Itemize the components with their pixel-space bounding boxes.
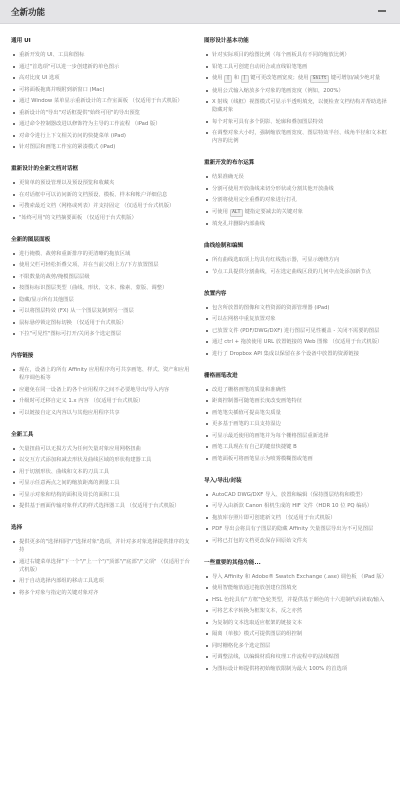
section-title: 全新工具 <box>11 432 192 439</box>
feature-item: 包含所放置的图像和文档资源的资源管理器 (iPad) <box>204 304 392 312</box>
feature-item: 以交互方式添加和减去形状及曲线区域的形状构建器工具 <box>11 456 192 464</box>
feature-item: 将多个对象与指定的关键对象对齐 <box>11 589 192 597</box>
feature-item: 更多基于画笔的工具支持湿边 <box>204 420 392 428</box>
feature-item: 现在，设备上的所有 Affinity 应用程序均可共享画笔、样式、资产和应用程序… <box>11 366 192 382</box>
section-title: 放置内容 <box>204 291 392 298</box>
feature-item: 可显示最近使用的画笔并为每个栅格图层重新选择 <box>204 432 392 440</box>
feature-item: 用于自动选择内部组的移动工具选项 <box>11 577 192 585</box>
feature-item: 画笔笔尖插值可提高笔尖质量 <box>204 409 392 417</box>
feature-section: 栅格画笔改进改进了栅格画笔的质量和准确性距离控制器可随笔画长度改变画笔特征画笔笔… <box>204 373 392 463</box>
text: 可使用 <box>212 209 228 215</box>
feature-list: 更简单的预设管理以及预设预览和收藏夹在对话框中可以访问新的文档预设、模板、样本和… <box>11 179 192 222</box>
feature-item: 针对实际项目的绘图比例（每个画板具有不同的缩放比例） <box>204 51 392 59</box>
feature-item: 使用公式输入缩放多个对象的笔画宽度（例如，200%） <box>204 87 392 95</box>
window-title: 全新功能 <box>11 6 45 18</box>
feature-item: 进行掩模、裁剪和重新排序的更清晰的拖放区域 <box>11 250 192 258</box>
feature-section: 导入/导出/封装AutoCAD DWG/DXF 导入、放置和编辑（保持图层结构和… <box>204 478 392 545</box>
feature-item: 可显示对象和结构的面积及周长的面积工具 <box>11 491 192 499</box>
feature-section: 选择提供更多的"选择相同"/"选择对象"选项，并针对多对象选择提供排序的支持通过… <box>11 525 192 597</box>
feature-section: 全新工具矢量扭曲可以无损方式为任何矢量对象应用网格扭曲以交互方式添加和减去形状及… <box>11 432 192 511</box>
feature-item: 铅笔工具可创建自动闭合或直线铅笔笔画 <box>204 63 392 71</box>
feature-item: 高对比度 UI 选项 <box>11 74 192 82</box>
feature-item: 针对图层和画笔工作室的紧凑模式 (iPad) <box>11 143 192 151</box>
feature-item: 拖放库存照片即可创建新文档 （仅适用于台式机版） <box>204 514 392 522</box>
feature-item: 可使用 ALT 键指定要减去的关键对象 <box>204 208 392 217</box>
section-title: 全新的图层面板 <box>11 237 192 244</box>
feature-item: "始终可用"的文档摘要面板 （仅适用于台式机版） <box>11 214 192 222</box>
feature-item: 可搜索最近文档（网格或列表）并支持固定 （仅适用于台式机版） <box>11 202 192 210</box>
feature-list: 改进了栅格画笔的质量和准确性距离控制器可随笔画长度改变画笔特征画笔笔尖插值可提高… <box>204 386 392 463</box>
feature-item: 节点工具提供分割曲线，可在选定曲线区段的几何中点处添加新节点 <box>204 268 392 276</box>
feature-item: 矢量扭曲可以无损方式为任何矢量对象应用网格扭曲 <box>11 445 192 453</box>
feature-item: 可将艺术字转换为框架文本，反之亦然 <box>204 607 392 615</box>
feature-item: 可以在网格中重复放置对象 <box>204 315 392 323</box>
feature-item: 通过命令控制器改进以修饰符为主导的工作流程 （iPad 版） <box>11 120 192 128</box>
feature-item: 对命令进行上下文相关访问的快捷菜单 (iPad) <box>11 132 192 140</box>
feature-list: 矢量扭曲可以无损方式为任何矢量对象应用网格扭曲以交互方式添加和减去形状及曲线区域… <box>11 445 192 511</box>
minimize-icon[interactable] <box>378 10 386 12</box>
feature-section: 通用 UI重新开发的 UI、工具和图标通过"首选项"可以进一步创建新的单色图示高… <box>11 38 192 151</box>
feature-item: HSL 色轮具有"方框"色轮类型，并提供基于颜色的十六进制代码读取/输入 <box>204 596 392 604</box>
feature-item: 改进了栅格画笔的质量和准确性 <box>204 386 392 394</box>
feature-item: 提供更多的"选择相同"/"选择对象"选项，并针对多对象选择提供排序的支持 <box>11 538 192 554</box>
feature-item: 分割将使用完全重叠的对象进行打孔 <box>204 196 392 204</box>
left-column: 通用 UI重新开发的 UI、工具和图标通过"首选项"可以进一步创建新的单色图示高… <box>0 24 200 676</box>
feature-section: 一些重要的其他功能...导入 Affinity 和 Adobe® Swatch … <box>204 560 392 673</box>
feature-section: 内容链接现在，设备上的所有 Affinity 应用程序均可共享画笔、样式、资产和… <box>11 353 192 417</box>
feature-item: 画笔工具现在有自己的键盘快捷键 B <box>204 443 392 451</box>
feature-item: 导入 Affinity 和 Adobe® Swatch Exchange (.a… <box>204 573 392 581</box>
text: 和 <box>234 75 239 81</box>
feature-item: 为复制的文本选取适应框架的链接文本 <box>204 619 392 627</box>
feature-list: 导入 Affinity 和 Adobe® Swatch Exchange (.a… <box>204 573 392 673</box>
feature-section: 图形设计基本功能针对实际项目的绘图比例（每个画板具有不同的缩放比例）铅笔工具可创… <box>204 38 392 145</box>
feature-item: 按图标标识图层类型（曲线、形状、文本、像素、蒙版、调整） <box>11 284 192 292</box>
shift-key: Shift <box>310 75 329 83</box>
feature-list: 提供更多的"选择相同"/"选择对象"选项，并针对多对象选择提供排序的支持通过右键… <box>11 538 192 597</box>
feature-item: 不限数量的裁剪/掩模图层层级 <box>11 273 192 281</box>
feature-item: 重新开发的 UI、工具和图标 <box>11 51 192 59</box>
feature-item: 所有曲线选取项上均具有红线指示器，可显示缠绕方向 <box>204 256 392 264</box>
feature-item: 画笔面板可将画笔显示为喷雾模糊图或笔画 <box>204 455 392 463</box>
feature-item: 已放置文件 (PDF/DWG/DXF) 进行图层可见性覆盖 - 关闭不需要的图层 <box>204 327 392 335</box>
feature-item: 应避免在同一设备上的各个应用程序之间不必要地导出/导入内容 <box>11 386 192 394</box>
feature-item: 在对话框中可以访问新的文档预设、模板、样本和帐户详细信息 <box>11 191 192 199</box>
feature-item: 可将面板拖离并吸附到新窗口 (Mac) <box>11 86 192 94</box>
feature-item: 为图标设计师提供将初始缩放限制为最大 100% 的首选项 <box>204 665 392 673</box>
feature-item: 提供基于画面传输对象样式的样式选择器工具 （仅适用于台式机版） <box>11 502 192 510</box>
section-title: 通用 UI <box>11 38 192 45</box>
feature-item: 可显示任意两点之间的缩放距离的测量工具 <box>11 479 192 487</box>
feature-item: 通过右键菜单选择"下一个"/"上一个"/"顶部"/"底部"/"父项" （仅适用于… <box>11 558 192 574</box>
feature-item: 鼠标悬停锁定图标切换 （仅适用于台式机版） <box>11 319 192 327</box>
feature-section: 放置内容包含所放置的图像和文档资源的资源管理器 (iPad)可以在网格中重复放置… <box>204 291 392 358</box>
feature-item: 通过 ctrl + 拖放使用 URL 放置链接的 Web 图像 （仅适用于台式机… <box>204 338 392 346</box>
feature-item: 在调整对象大小时，强制缩放笔画宽度、图层特效半径、线角半径和文本框内容的比例 <box>204 129 392 145</box>
section-title: 曲线绘制和编辑 <box>204 243 392 250</box>
bracket-left-key: [ <box>224 75 232 83</box>
feature-item: 使用智能缩放通过拖放创建位图填充 <box>204 584 392 592</box>
feature-section: 全新的图层面板进行掩模、裁剪和重新排序的更清晰的拖放区域使用父栏可轻松折叠父项，… <box>11 237 192 339</box>
feature-list: 现在，设备上的所有 Affinity 应用程序均可共享画笔、样式、资产和应用程序… <box>11 366 192 417</box>
feature-item: 结果准确无误 <box>204 173 392 181</box>
feature-item: 进行了 Dropbox API 集成以保留在多个设备中放置的资源链接 <box>204 350 392 358</box>
section-title: 重新设计的全新文档对话框 <box>11 166 192 173</box>
feature-section: 曲线绘制和编辑所有曲线选取项上均具有红线指示器，可显示缠绕方向节点工具提供分割曲… <box>204 243 392 276</box>
feature-item: 使用 [ 和 ] 键可更改笔画宽度；使用 Shift 键可增加/减少绝对量 <box>204 74 392 83</box>
feature-item: 可调整法线，以编辑材质和纹理工作流程中的法线贴图 <box>204 653 392 661</box>
feature-item: 更简单的预设管理以及预设预览和收藏夹 <box>11 179 192 187</box>
feature-item: 可导入由新款 Canon 相机生成的 HIF 文件（HDR 10 位 PQ 编码… <box>204 502 392 510</box>
section-title: 栅格画笔改进 <box>204 373 392 380</box>
text: 键指定要减去的关键对象 <box>245 209 303 215</box>
feature-item: PDF 导出会将具有子图层的隐藏 Affinity 矢量图层导出为不可见图层 <box>204 525 392 533</box>
text: 键可增加/减少绝对量 <box>331 75 380 81</box>
feature-list: 所有曲线选取项上均具有红线指示器，可显示缠绕方向节点工具提供分割曲线，可在选定曲… <box>204 256 392 276</box>
feature-list: 包含所放置的图像和文档资源的资源管理器 (iPad)可以在网格中重复放置对象已放… <box>204 304 392 358</box>
section-title: 重新开发的布尔运算 <box>204 160 392 167</box>
feature-item: 距离控制器可随笔画长度改变画笔特征 <box>204 397 392 405</box>
feature-item: 可以链接自定义内容以与其他应用程序共享 <box>11 409 192 417</box>
feature-item: 下拉"可见性"图标可打开/关闭多个选定图层 <box>11 330 192 338</box>
section-title: 图形设计基本功能 <box>204 38 392 45</box>
feature-item: 每个对象可具有多个阴影、轮廓和叠加图层特效 <box>204 118 392 126</box>
feature-item: 使用父栏可轻松折叠父项，并在当前父组上方/下方放置图层 <box>11 261 192 269</box>
feature-list: 针对实际项目的绘图比例（每个画板具有不同的缩放比例）铅笔工具可创建自动闭合或直线… <box>204 51 392 145</box>
feature-list: 重新开发的 UI、工具和图标通过"首选项"可以进一步创建新的单色图示高对比度 U… <box>11 51 192 151</box>
feature-item: 隔离（单独）模式可提供图层的组控制 <box>204 630 392 638</box>
feature-item: 重新设计的"导出"对话框提供"始终可用"的导出预览 <box>11 109 192 117</box>
feature-section: 重新开发的布尔运算结果准确无误分割可使用开放曲线来切分形状或分割其他开放曲线分割… <box>204 160 392 228</box>
section-title: 选择 <box>11 525 192 532</box>
feature-item: 分割可使用开放曲线来切分形状或分割其他开放曲线 <box>204 185 392 193</box>
section-title: 导入/导出/封装 <box>204 478 392 485</box>
bracket-right-key: ] <box>241 75 249 83</box>
right-column: 图形设计基本功能针对实际项目的绘图比例（每个画板具有不同的缩放比例）铅笔工具可创… <box>200 24 400 676</box>
alt-key: ALT <box>230 209 243 217</box>
feature-section: 重新设计的全新文档对话框更简单的预设管理以及预设预览和收藏夹在对话框中可以访问新… <box>11 166 192 222</box>
feature-columns: 通用 UI重新开发的 UI、工具和图标通过"首选项"可以进一步创建新的单色图示高… <box>0 24 400 676</box>
feature-item: 通过 Window 菜单显示重新设计的工作室面板 （仅适用于台式机版） <box>11 97 192 105</box>
feature-item: 隐藏/显示所有其他图层 <box>11 296 192 304</box>
feature-item: X 射线（线框）视图模式可显示半透明填充，以便检查文档结构并帮助选择隐藏对象 <box>204 98 392 114</box>
feature-item: AutoCAD DWG/DXF 导入、放置和编辑（保持图层结构和模型） <box>204 491 392 499</box>
feature-list: 进行掩模、裁剪和重新排序的更清晰的拖放区域使用父栏可轻松折叠父项，并在当前父组上… <box>11 250 192 339</box>
text: 键可更改笔画宽度；使用 <box>250 75 308 81</box>
feature-list: 结果准确无误分割可使用开放曲线来切分形状或分割其他开放曲线分割将使用完全重叠的对… <box>204 173 392 228</box>
feature-item: 可以将图层特效 (FX) 从一个图层复制到另一图层 <box>11 307 192 315</box>
window-header: 全新功能 <box>0 0 400 24</box>
section-title: 一些重要的其他功能... <box>204 560 392 567</box>
section-title: 内容链接 <box>11 353 192 360</box>
feature-item: 用于切割形状、曲线和文本的刀具工具 <box>11 468 192 476</box>
feature-item: 通过"首选项"可以进一步创建新的单色图示 <box>11 63 192 71</box>
feature-item: 填充孔并删除内部曲线 <box>204 220 392 228</box>
text: 使用 <box>212 75 223 81</box>
feature-item: 可将已打包的文档更改保存回原始文件夹 <box>204 537 392 545</box>
feature-item: 同时栅格化多个选定图层 <box>204 642 392 650</box>
feature-item: 升级时可迁移自定义 1.x 内容 （仅适用于台式机版） <box>11 397 192 405</box>
feature-list: AutoCAD DWG/DXF 导入、放置和编辑（保持图层结构和模型）可导入由新… <box>204 491 392 545</box>
